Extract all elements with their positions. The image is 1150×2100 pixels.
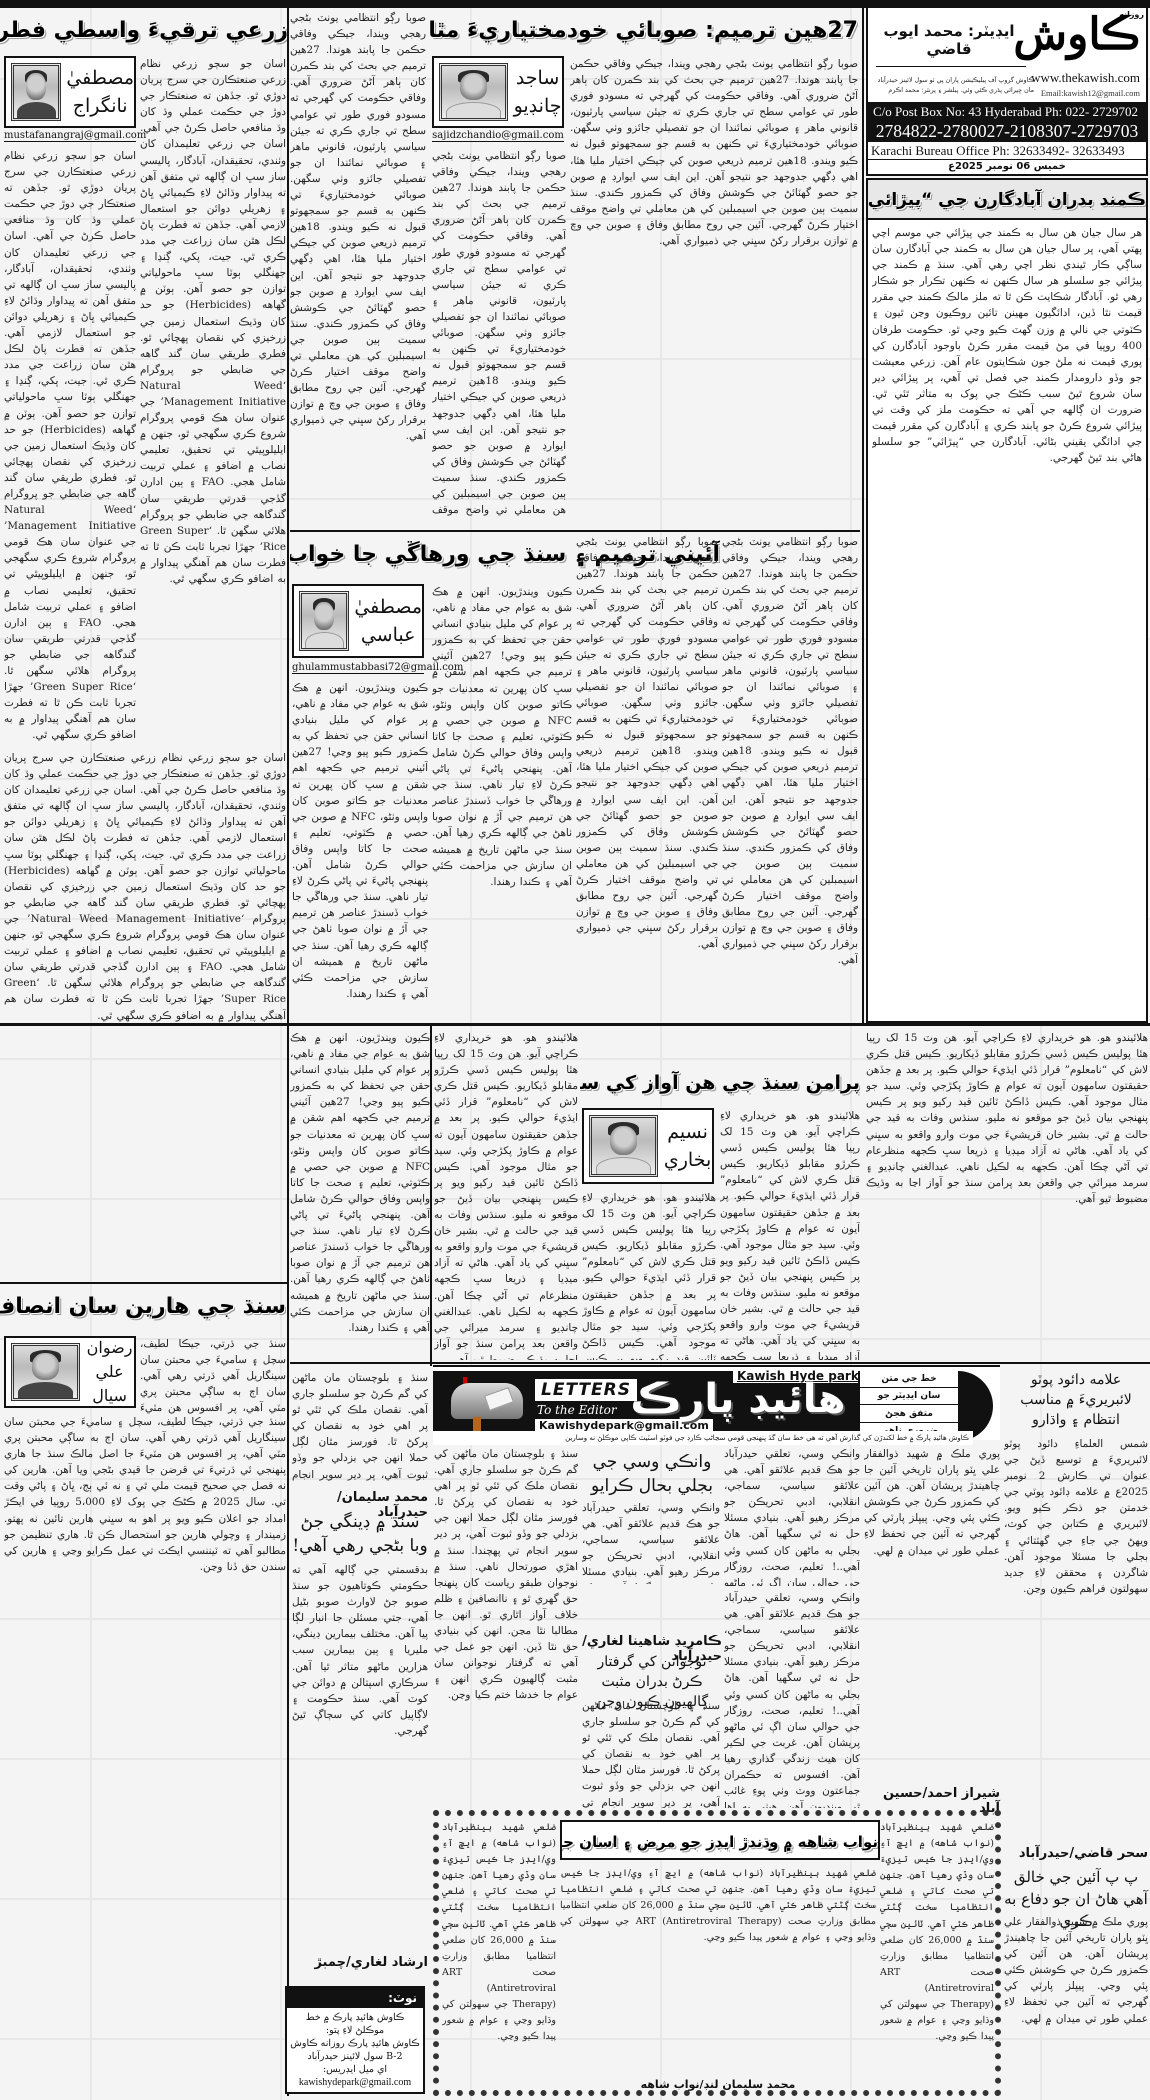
- divider: [876, 66, 1026, 67]
- article-headline-chandio: 27هين ترميم: صوبائي خودمختياريءَ مٿان هڪ…: [430, 10, 858, 52]
- author-email: mustafanangraj@gmail.com: [4, 130, 136, 142]
- disclaimer-line: سان ايڊيٽر جو: [860, 1389, 958, 1405]
- column-rule: [430, 1026, 432, 1366]
- note-title: نوٽ:: [287, 1988, 423, 2008]
- phone-numbers: 2784822-2780027-2108307-2729703: [868, 121, 1146, 142]
- hyde-park-banner: LETTERS To the Editor Kawishydepark@gmai…: [433, 1365, 1000, 1440]
- publisher-info: ڪاوش گروپ آف پبليڪيشن پاران پي ٽو سول لا…: [874, 76, 1034, 96]
- letter-signature: سحر قاضي/حيدرآباد: [1004, 1846, 1148, 1861]
- note-line: اي ميل ايڊريس:: [290, 2063, 420, 2076]
- author-photo: [439, 63, 508, 121]
- column-rule: [287, 8, 289, 1023]
- author-name: نسيم بخاري: [663, 1110, 712, 1182]
- letter-body-youth: سنڌ ۽ بلوچستان مان ماڻهن کي گم ڪرڻ جو سل…: [582, 1698, 720, 1808]
- note-line: ڪاوش هائيڊ پارڪ روزانه ڪاوش B-2 سول لائي…: [290, 2037, 420, 2063]
- post-box-info: C/o Post Box No: 43 Hyderabad Ph: 022- 2…: [868, 102, 1146, 121]
- author-email: sajidzchandio@gmail.com: [432, 130, 564, 142]
- column-rule: [862, 8, 864, 1023]
- letter-body-wanki-col3: وانڪي وسي، تعلقي حيدرآباد جو هڪ قديم علا…: [724, 1590, 860, 1808]
- author-photo: [11, 63, 61, 121]
- author-photo: [11, 1343, 80, 1401]
- disclaimer-line: خط جي متن: [860, 1372, 958, 1388]
- editor-name: ايڊيٽر: محمد ايوب قاضي: [874, 22, 1024, 58]
- article-headline-aids: نواب شاهه ۾ وڌندڙ ايڊز جو مرض ۽ اسان جون…: [560, 1820, 880, 1860]
- article-body-sial-cont: سنڌ جي ڌرتي، جيڪا لطيف، سچل ۽ ساميءَ جي …: [4, 1414, 286, 2096]
- column-rule: [287, 1026, 289, 2096]
- letter-body-wanki: وانڪي وسي، تعلقي حيدرآباد جو هڪ قديم علا…: [724, 1446, 860, 1586]
- disclaimer-line: متفق هجڻ: [860, 1407, 958, 1423]
- newspaper-logo: ڪاوش: [1013, 12, 1140, 58]
- article-headline-sial: سنڌ جي هارين سان انصاف ڪير ڪندو؟: [0, 1286, 286, 1328]
- editorial-body: هر سال جيان هن سال به ڪمند جي پيڙائي جي …: [872, 225, 1142, 1017]
- hyde-park-title: هائيڊ پارڪ: [623, 1375, 853, 1423]
- letter-title-library: علامه دائود پوٽو لائبريريءَ ۾ مناسب انتظ…: [1004, 1370, 1148, 1430]
- letter-body-wanki-cont: وانڪي وسي، تعلقي حيدرآباد جو هڪ قديم علا…: [582, 1500, 720, 1584]
- letter-body-library: شمس العلماءِ دائود پوٽو لائبريريءَ ۾ توس…: [1004, 1436, 1148, 1816]
- note-line: ڪاوش هائيڊ پارڪ ۾ خط موڪلڻ لاءِ پتو:: [290, 2011, 420, 2037]
- letter-body-prev: سنڌ ۽ بلوچستان مان ماڻهن کي گم ڪرڻ جو سل…: [292, 1370, 428, 1486]
- article-body-abbasi-cont: ڪيون ويندڙيون. انهن ۾ هڪ شق به عوام جي م…: [290, 1030, 430, 1360]
- letter-body-sig-col: پوري ملڪ ۾ شهيد ذوالفقار علي ڀٽو پاران ت…: [864, 1446, 1000, 1782]
- article-headline-nangraj: زرعي ترقيءَ واسطي فطرت جا لِڪل هٿ: [0, 10, 288, 52]
- author-name: ساجد چانڊيو: [513, 58, 562, 126]
- author-byline-nangraj: مصطفيٰ نانگراج: [4, 56, 136, 128]
- article-body-chandio-cont: صوبا رڳو انتظامي يونٽ بڻجي رهجي ويندا، ج…: [290, 10, 426, 520]
- author-byline-chandio: ساجد چانڊيو: [432, 56, 564, 128]
- article-body-chandio-col3: صوبا رڳو انتظامي يونٽ بڻجي رهجي ويندا، ج…: [576, 534, 718, 1020]
- author-byline-abbasi: مصطفيٰ عباسي: [292, 584, 424, 658]
- section-divider: [0, 1023, 1150, 1026]
- article-body-chandio: صوبا رڳو انتظامي يونٽ بڻجي رهجي ويندا، ج…: [570, 56, 858, 516]
- article-body-sial: سنڌ جي ڌرتي، جيڪا لطيف، سچل ۽ ساميءَ جي …: [140, 1336, 286, 1416]
- hyde-park-address-box: نوٽ: ڪاوش هائيڊ پارڪ ۾ خط موڪلڻ لاءِ پتو…: [285, 1986, 425, 2094]
- author-byline-bukhari: نسيم بخاري: [582, 1108, 714, 1184]
- karachi-bureau: Karachi Bureau Office Ph: 32633492- 3263…: [868, 142, 1146, 160]
- article-body-aids-col2: ضلعي شهيد بينظيرآباد (نواب شاهه) ۾ ايڇ آ…: [442, 1820, 556, 2090]
- letter-body-ppp: پوري ملڪ ۾ شهيد ذوالفقار علي ڀٽو پاران ت…: [1004, 1914, 1148, 2096]
- website-link[interactable]: www.thekawish.com: [1031, 70, 1140, 86]
- letter-signature: ارشاد لغاري/چمبڙ: [292, 1955, 428, 1970]
- article-body-bukhari: هلائيندو هو. هو خريداري لاءِ ڪراچي آيو. …: [720, 1108, 860, 1360]
- author-photo: [299, 591, 349, 651]
- publication-date: خميس 06 نومبر 2025ع: [868, 160, 1146, 174]
- article-body-nangraj-col2: اسان جو سڄو زرعي نظام زرعي صنعتڪارن جي س…: [4, 148, 136, 746]
- article-body-bukhari-col3: هلائيندو هو. هو خريداري لاءِ ڪراچي آيو. …: [434, 1030, 578, 1360]
- editorial-headline: ڪمند بدران آبادگارن جي “پيڙائي” بند ٿيڻ …: [868, 180, 1146, 220]
- author-byline-sial: رضوان علي سيال: [4, 1336, 136, 1408]
- section-rule: [0, 1282, 287, 1284]
- author-name: مصطفيٰ عباسي: [354, 586, 422, 656]
- letter-title-dengue: سنڌ ۾ ڊينگي جڻ وبا بڻجي رهي آهي!: [292, 1510, 428, 1558]
- author-name: مصطفيٰ نانگراج: [66, 58, 134, 126]
- article-body-nangraj: اسان جو سڄو زرعي نظام زرعي صنعتڪارن جي س…: [140, 56, 286, 746]
- letter-body-dengue: بدقسمتي جي ڳالهه آهي ته حڪومتي ڪوتاهيون …: [292, 1562, 428, 1902]
- article-body-chandio-col: صوبا رڳو انتظامي يونٽ بڻجي رهجي ويندا، ج…: [432, 148, 566, 516]
- newspaper-page: روزانه ڪاوش ايڊيٽر: محمد ايوب قاضي ڪاوش …: [0, 0, 1150, 2100]
- section-rule: [290, 1362, 1150, 1364]
- letters-label: LETTERS: [535, 1379, 637, 1401]
- article-body-abbasi: ڪيون ويندڙيون. انهن ۾ هڪ شق به عوام جي م…: [432, 584, 572, 1020]
- to-editor-label: To the Editor: [537, 1403, 617, 1417]
- letter-signature: محمد سليمان لنڊ/نواب شاهه: [560, 2078, 876, 2091]
- mailbox-icon: [441, 1377, 531, 1439]
- banner-background: LETTERS To the Editor Kawishydepark@gmai…: [433, 1371, 993, 1441]
- author-name: رضوان علي سيال: [85, 1338, 134, 1406]
- author-email: ghulammustabbasi72@gmail.com: [292, 662, 424, 674]
- article-headline-bukhari: پرامن سنڌ جي هن آواز کي سمجهڻ جي ضرورت آ…: [580, 1062, 860, 1104]
- article-body-aids: ضلعي شهيد بينظيرآباد (نواب شاهه) ۾ ايڇ آ…: [880, 1820, 994, 2090]
- section-rule: [290, 530, 860, 532]
- article-body-nangraj-cont: اسان جو سڄو زرعي نظام زرعي صنعتڪارن جي س…: [4, 750, 286, 1265]
- article-body-abbasi-col2: ڪيون ويندڙيون. انهن ۾ هڪ شق به عوام جي م…: [292, 680, 428, 1020]
- article-body-bukhari-col4: هلائيندو هو. هو خريداري لاءِ ڪراچي آيو. …: [866, 1030, 1148, 1360]
- article-body-aids-col3: ضلعي شهيد بينظيرآباد (نواب شاهه) ۾ ايڇ آ…: [560, 1866, 876, 2076]
- letter-body-youth-col: سنڌ ۽ بلوچستان مان ماڻهن کي گم ڪرڻ جو سل…: [434, 1446, 578, 1808]
- hyde-park-note: ڪاوش هائيڊ پارڪ ۾ خط لکندڙن کي گذارش آهي…: [433, 1431, 973, 1445]
- article-body-chandio-col4: صوبا رڳو انتظامي يونٽ بڻجي رهجي ويندا، ج…: [722, 534, 858, 1020]
- author-photo: [589, 1115, 658, 1177]
- note-email-link[interactable]: kawishydepark@gmail.com: [290, 2076, 420, 2089]
- note-body: ڪاوش هائيڊ پارڪ ۾ خط موڪلڻ لاءِ پتو: ڪاو…: [287, 2008, 423, 2092]
- email-link[interactable]: Email:kawish12@gmail.com: [1041, 88, 1140, 98]
- masthead: روزانه ڪاوش ايڊيٽر: محمد ايوب قاضي ڪاوش …: [866, 6, 1148, 176]
- letter-title-wanki: وانڪي وسي جي بجلي بحال ڪرايو: [582, 1450, 722, 1498]
- article-body-bukhari-col2: هلائيندو هو. هو خريداري لاءِ ڪراچي آيو. …: [582, 1190, 716, 1360]
